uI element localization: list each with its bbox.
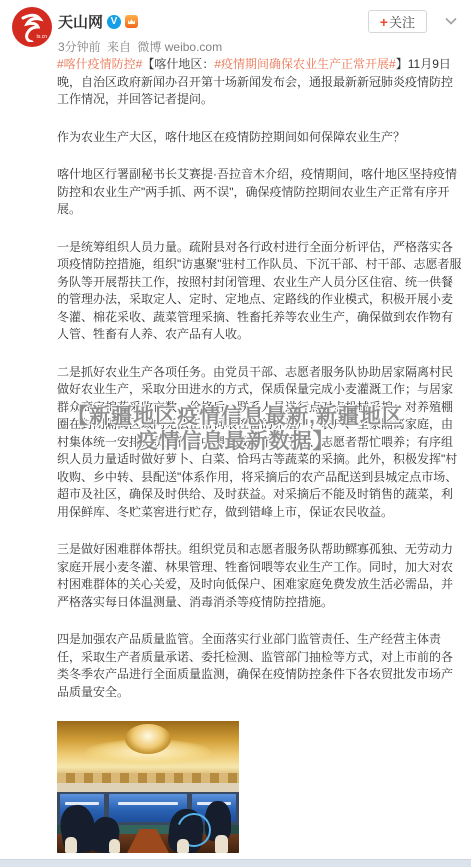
follow-button[interactable]: + 关注 <box>368 10 427 33</box>
paragraph-point-3: 三是做好困难群体帮扶。组织党员和志愿者服务队帮助鳏寡孤独、无劳动力家庭开展小麦冬… <box>57 541 462 611</box>
hashtag-link[interactable]: #喀什疫情防控# <box>57 57 142 71</box>
weibo-post-page: ts.cn 天山网 V 3分钟前 来自 微博 weibo.com + 关注 # <box>0 0 471 867</box>
post-meta: 3分钟前 来自 微博 weibo.com <box>58 38 225 55</box>
next-section-edge <box>0 859 471 867</box>
photo-wall <box>57 783 239 792</box>
source-link[interactable]: 微博 weibo.com <box>137 40 222 54</box>
hashtag-link[interactable]: #疫情期间确保农业生产正常开展# <box>214 57 395 71</box>
photo-chair <box>177 839 189 853</box>
paragraph-point-2: 二是抓好农业生产各项任务。由党员干部、志愿者服务队协助居家隔离村民做好农业生产，… <box>57 364 462 522</box>
source-label: 来自 <box>107 40 131 54</box>
chevron-down-icon[interactable] <box>443 13 459 29</box>
paragraph-point-1: 一是统筹组织人员力量。疏附县对各行政村进行全面分析评估，严格落实各项疫情防控措施… <box>57 239 462 344</box>
timestamp: 3分钟前 <box>58 40 101 54</box>
chandelier <box>125 724 171 754</box>
username[interactable]: 天山网 <box>58 11 103 32</box>
membership-badge-icon <box>125 15 138 28</box>
follow-button-label: 关注 <box>389 12 415 31</box>
photo-wall-trim <box>57 773 239 783</box>
press-conference-photo[interactable] <box>57 721 239 853</box>
post-header: ts.cn 天山网 V 3分钟前 来自 微博 weibo.com + 关注 <box>0 0 471 56</box>
paragraph-question: 作为农业生产大区，喀什地区在疫情防控期间如何保障农业生产？ <box>57 129 462 147</box>
plus-icon: + <box>380 14 388 30</box>
verified-badge-icon: V <box>107 15 121 29</box>
photo-chair <box>215 835 228 853</box>
avatar-caption: ts.cn <box>36 35 47 40</box>
paragraph-point-4: 四是加强农产品质量监管。全面落实行业部门监管责任、生产经营主体责任，采取生产者质… <box>57 631 462 701</box>
photo-chair <box>109 839 120 853</box>
avatar[interactable]: ts.cn <box>12 7 52 47</box>
user-info: 天山网 V 3分钟前 来自 微博 weibo.com <box>58 11 225 55</box>
paragraph-lead: #喀什疫情防控#【喀什地区：#疫情期间确保农业生产正常开展#】11月9日晚，自治… <box>57 56 462 109</box>
photo-chair <box>65 837 77 853</box>
paragraph-intro: 喀什地区行署副秘书长艾赛提·吾拉音木介绍，疫情期间，喀什地区坚持疫情防控和农业生… <box>57 166 462 219</box>
post-content: #喀什疫情防控#【喀什地区：#疫情期间确保农业生产正常开展#】11月9日晚，自治… <box>57 56 462 853</box>
